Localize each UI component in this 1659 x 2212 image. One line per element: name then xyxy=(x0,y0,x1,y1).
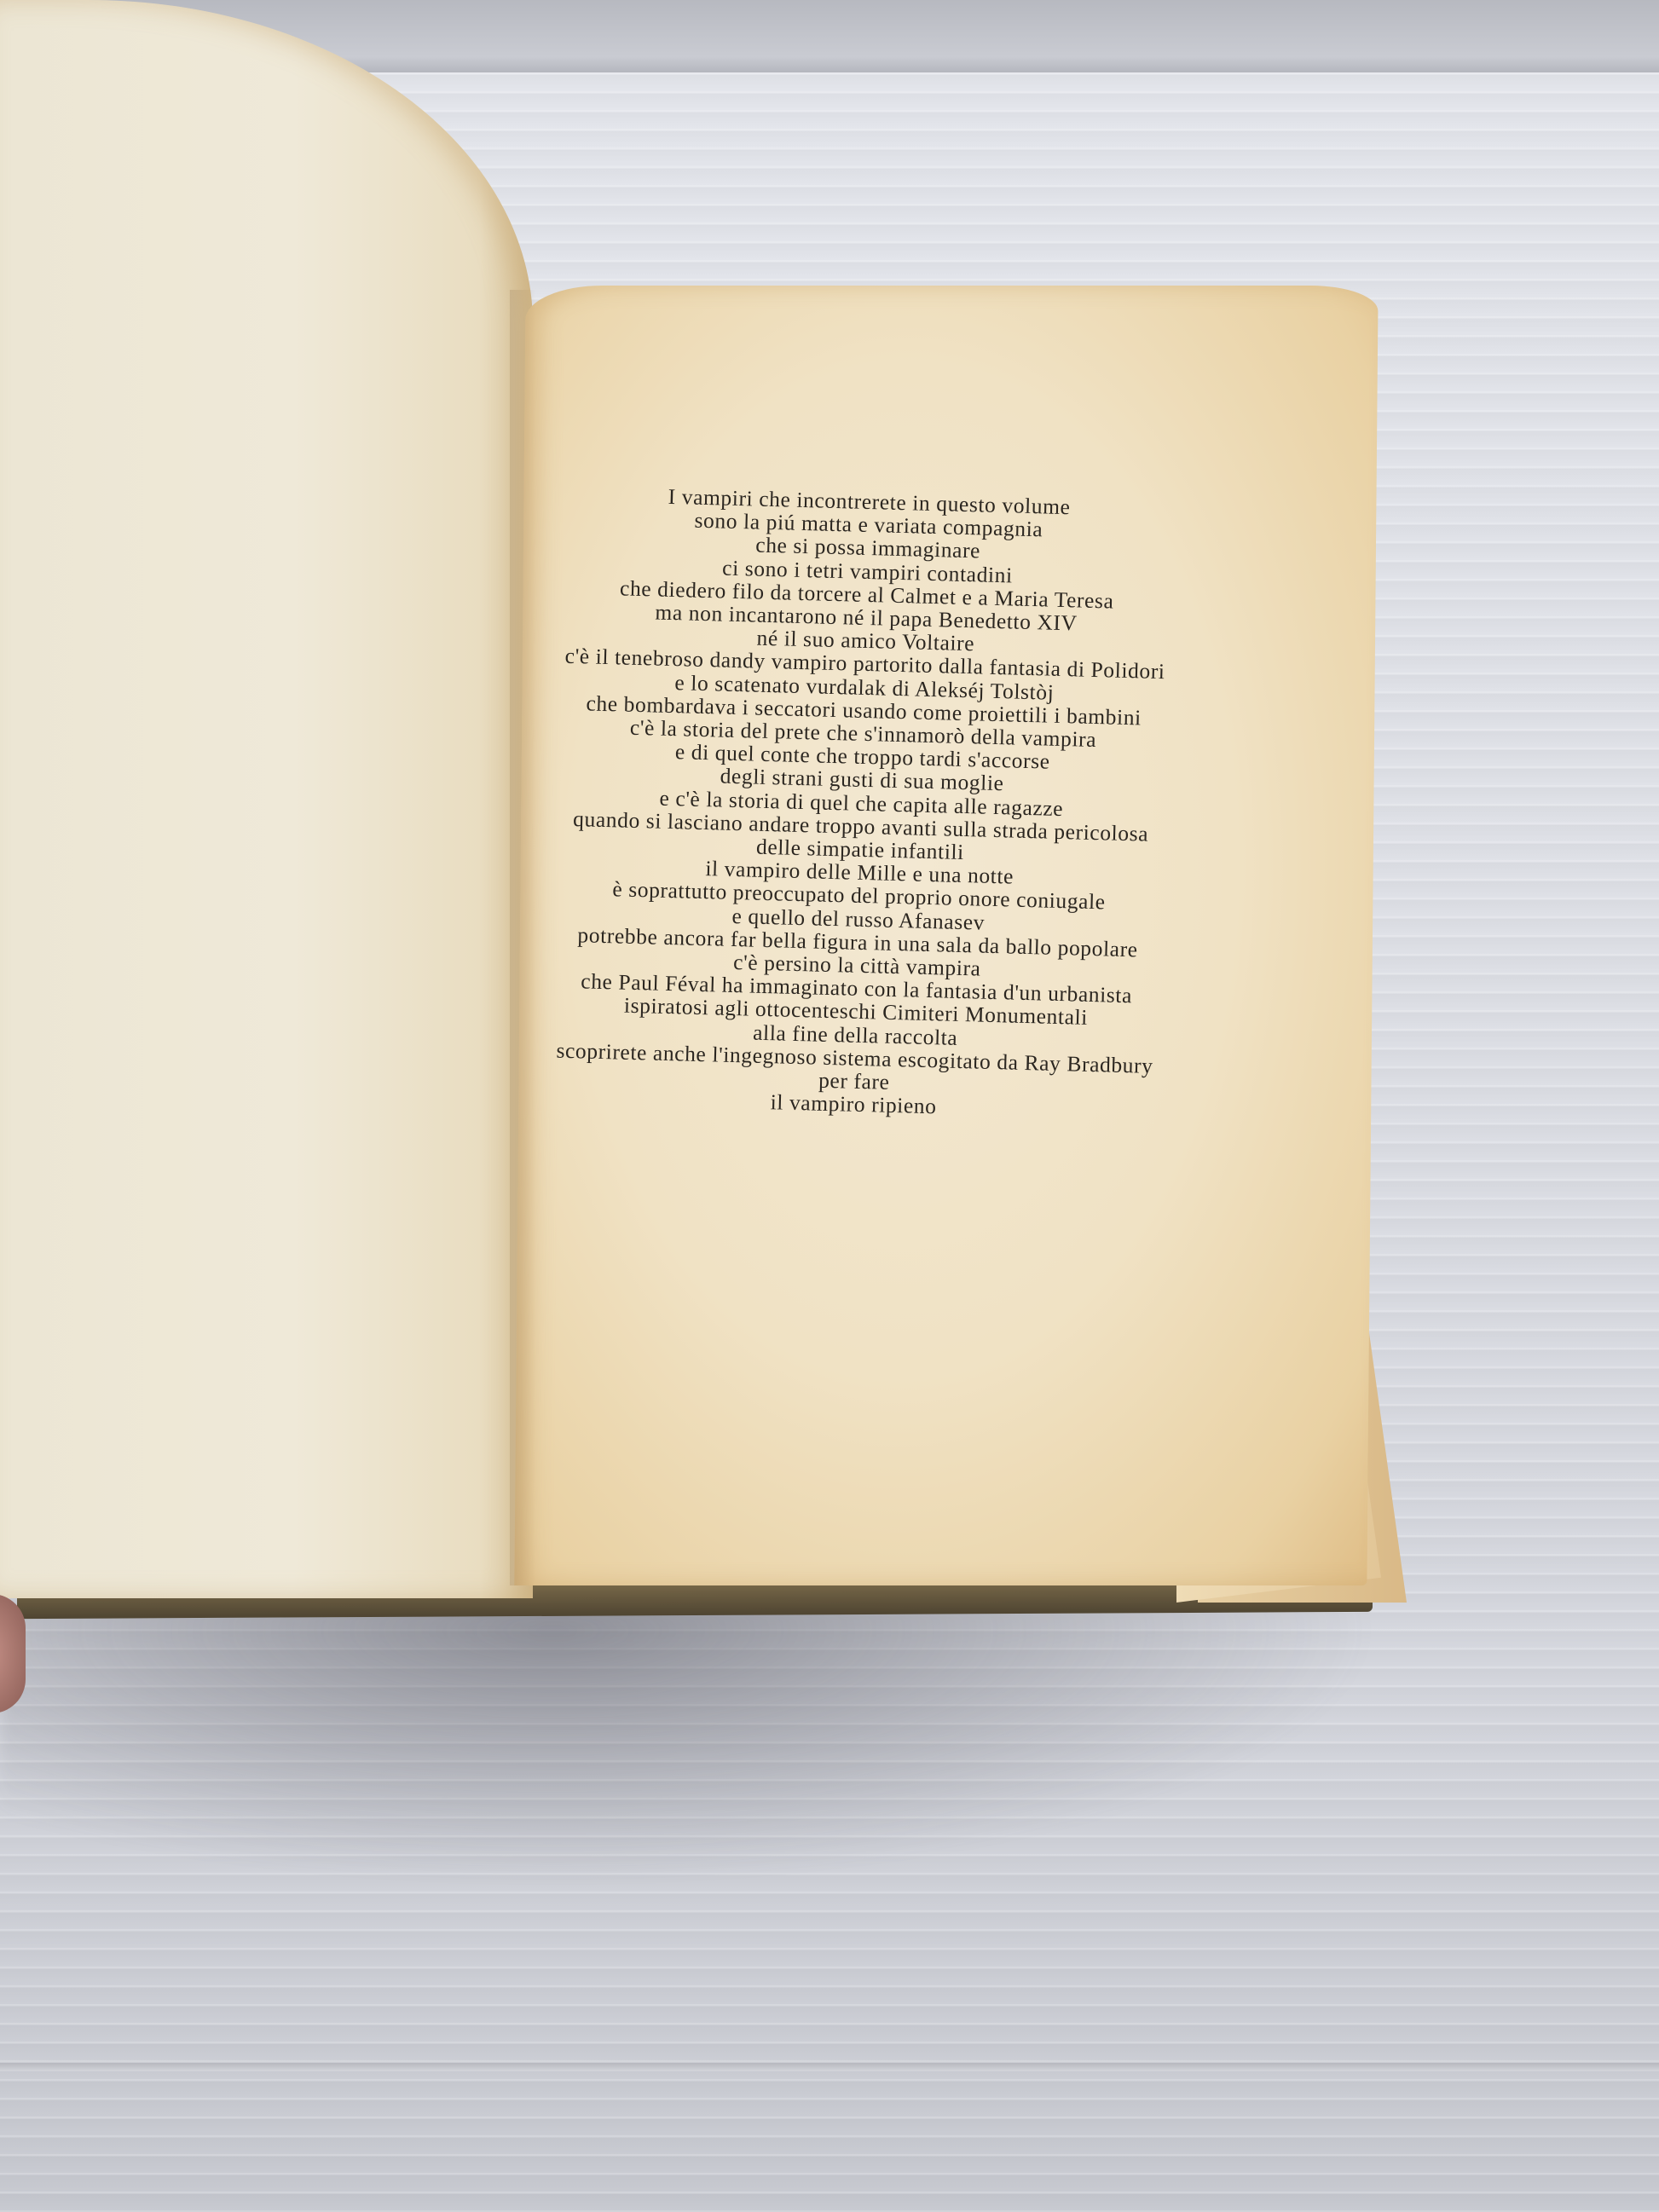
book-shadow xyxy=(0,1603,1381,1884)
poem-text: I vampiri che incontrerete in questo vol… xyxy=(512,482,1211,1125)
surface-groove xyxy=(0,2063,1659,2071)
photo-scene: I vampiri che incontrerete in questo vol… xyxy=(0,0,1659,2212)
left-page xyxy=(0,0,533,1598)
